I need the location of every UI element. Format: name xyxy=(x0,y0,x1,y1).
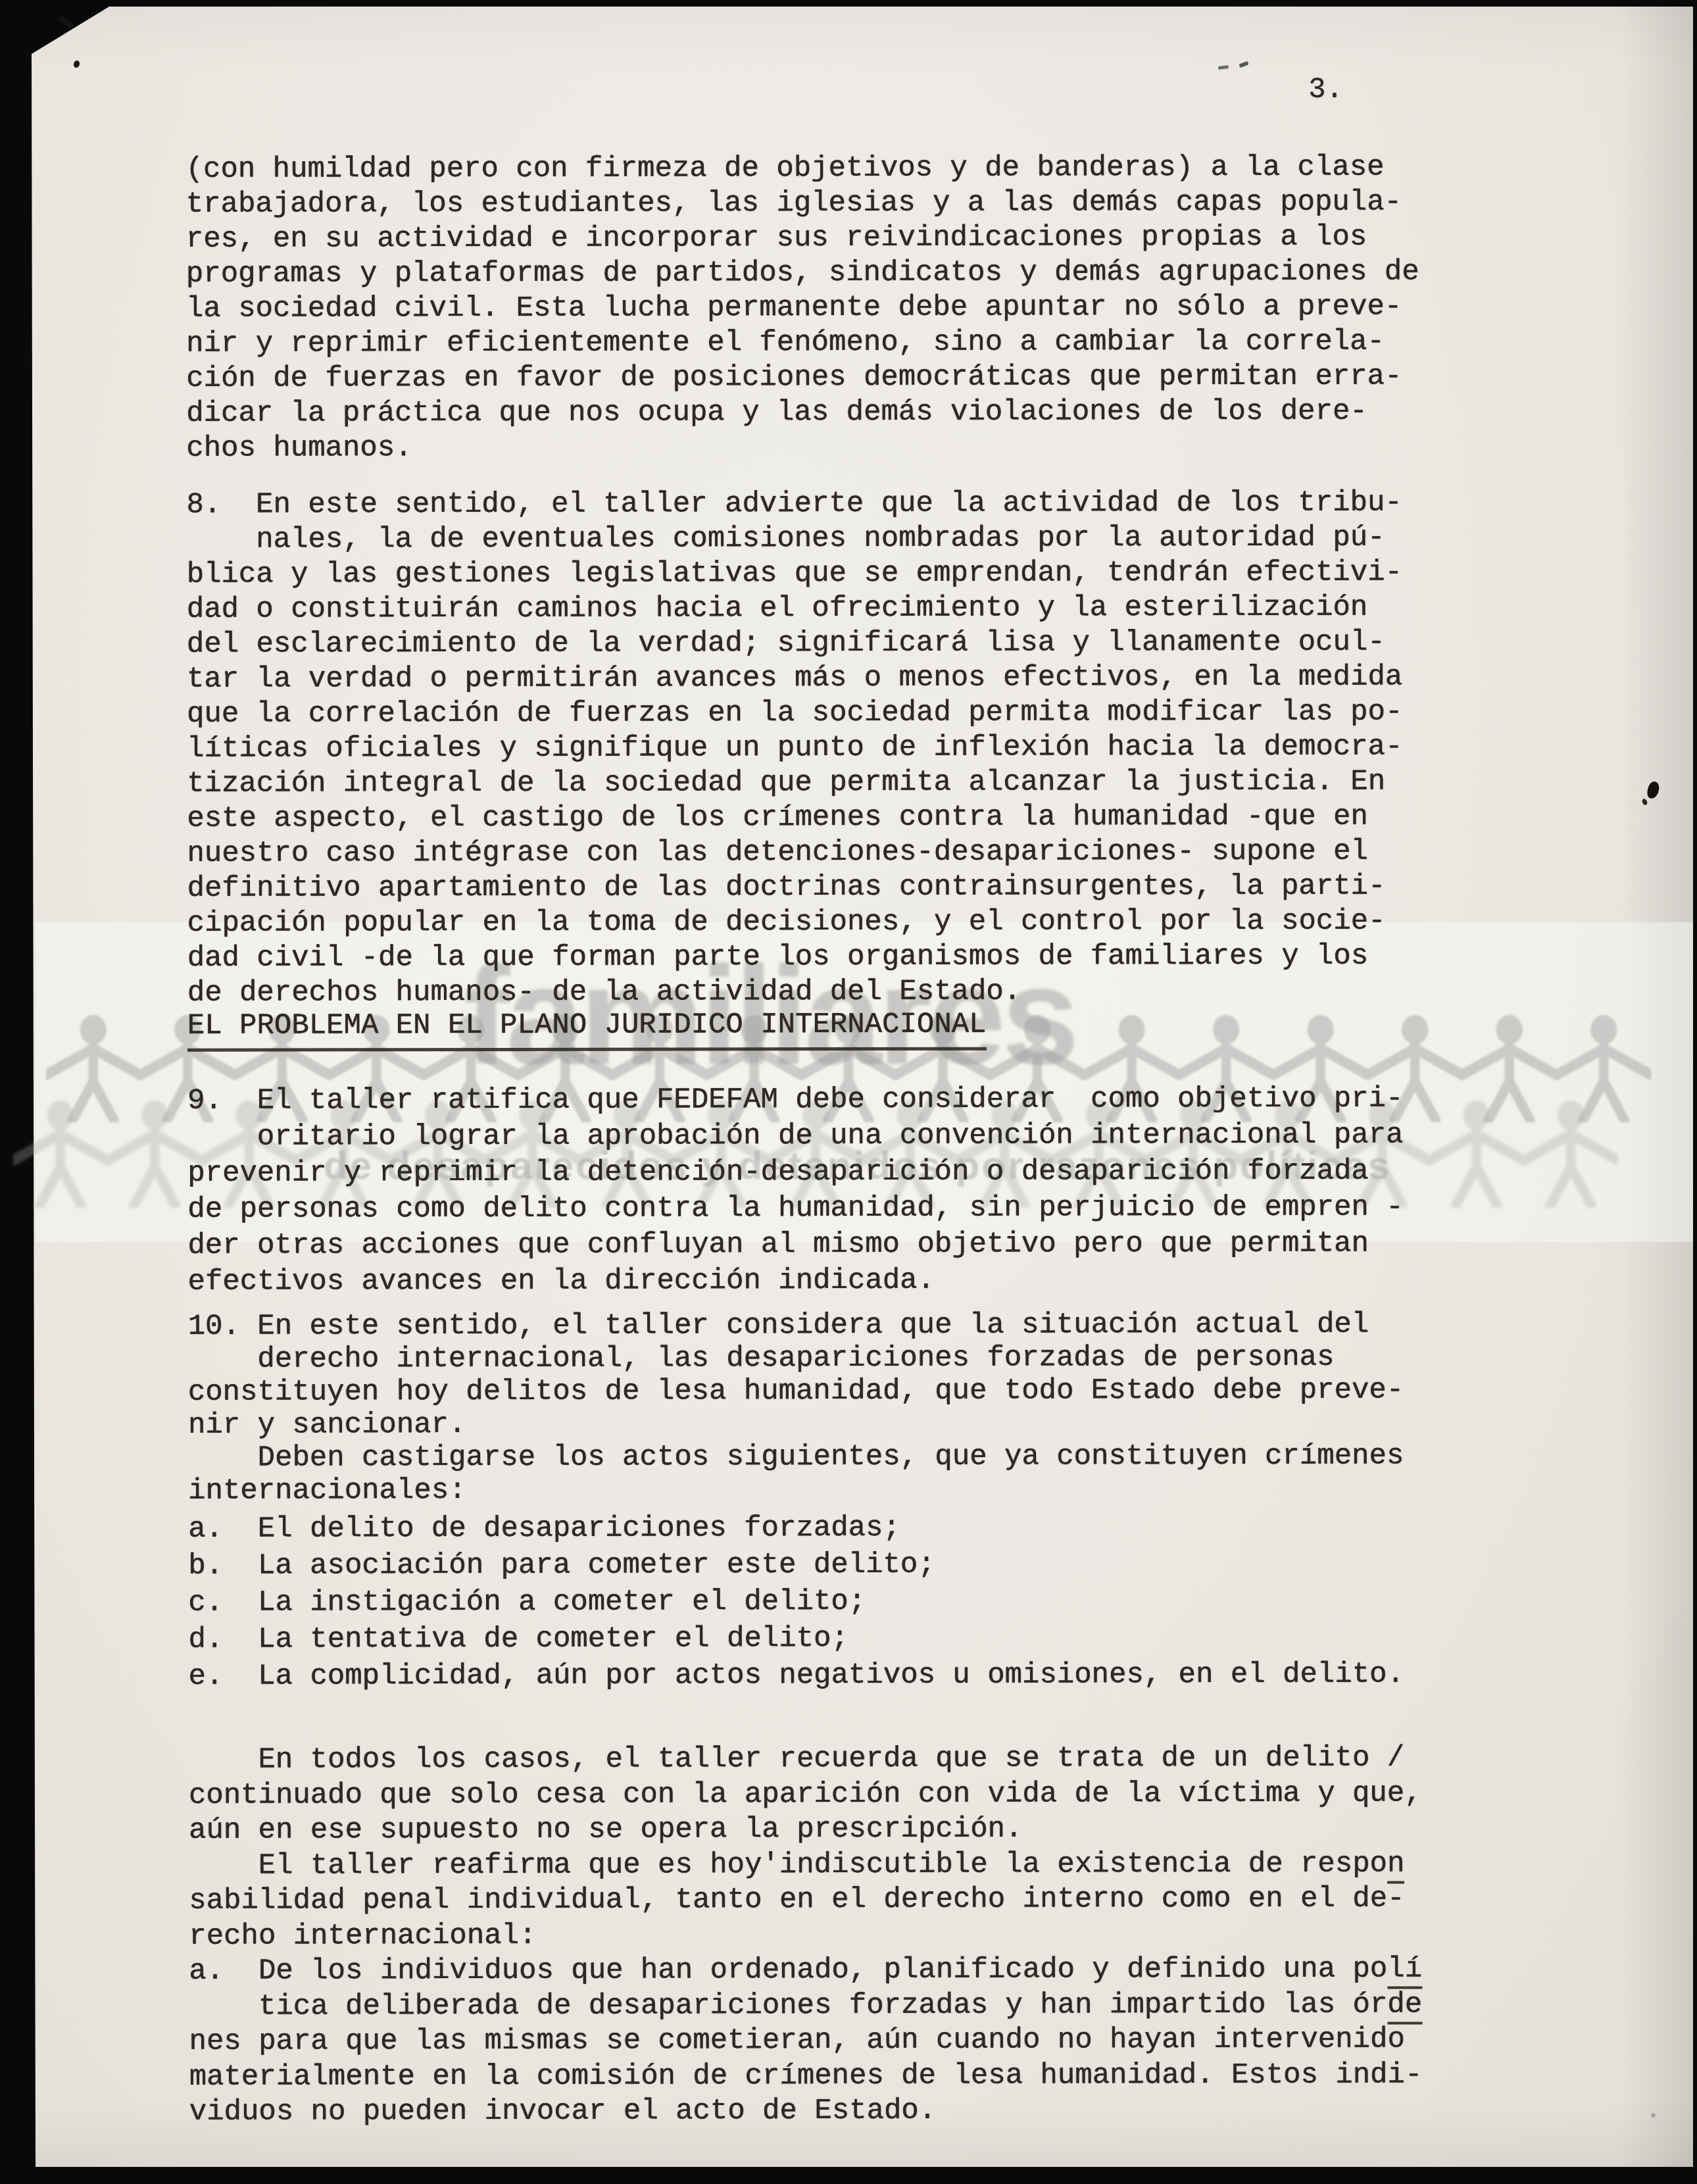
doc-line: nir y reprimir eficientemente el fenómen… xyxy=(186,324,1419,361)
doc-line: prevenir y reprimir la detención-desapar… xyxy=(187,1154,1403,1192)
block-crimes-list: a. El delito de desapariciones forzadas;… xyxy=(188,1509,1404,1695)
doc-line: tar la verdad o permitirán avances más o… xyxy=(187,660,1402,697)
doc-line: EL PROBLEMA EN EL PLANO JURIDICO INTERNA… xyxy=(187,1008,987,1052)
doc-line: ción de fuerzas en favor de posiciones d… xyxy=(186,359,1419,396)
doc-line: En todos los casos, el taller recuerda q… xyxy=(189,1741,1422,1778)
doc-line: dad o constituirán caminos hacia el ofre… xyxy=(187,591,1402,628)
ink-speck xyxy=(1651,2113,1656,2118)
doc-line: de derechos humanos- de la actividad del… xyxy=(187,974,1403,1011)
doc-line: 10. En este sentido, el taller considera… xyxy=(188,1308,1404,1343)
doc-line: c. La instigación a cometer el delito; xyxy=(188,1583,1404,1622)
doc-line: aún en ese supuesto no se opera la presc… xyxy=(189,1811,1422,1849)
doc-line: que la correlación de fuerzas en la soci… xyxy=(187,695,1402,732)
doc-line: tica deliberada de desapariciones forzad… xyxy=(189,1987,1422,2025)
doc-line: dad civil -de la que forman parte los or… xyxy=(187,939,1403,976)
doc-line: cipación popular en la toma de decisione… xyxy=(187,905,1403,941)
doc-line: materialmente en la comisión de crímenes… xyxy=(189,2058,1423,2095)
doc-line: 9. El taller ratifica que FEDEFAM debe c… xyxy=(187,1081,1403,1120)
doc-line: efectivos avances en la dirección indica… xyxy=(187,1262,1403,1301)
doc-line: a. El delito de desapariciones forzadas; xyxy=(188,1509,1404,1548)
doc-line: (con humildad pero con firmeza de objeti… xyxy=(186,150,1419,187)
document-text: (con humildad pero con firmeza de objeti… xyxy=(185,0,1636,2184)
doc-line: derecho internacional, las desaparicione… xyxy=(188,1341,1404,1376)
block-para-10: 10. En este sentido, el taller considera… xyxy=(188,1308,1404,1508)
doc-line: recho internacional: xyxy=(189,1917,1422,1954)
doc-line: El taller reafirma que es hoy'indiscutib… xyxy=(189,1847,1422,1884)
doc-line: d. La tentativa de cometer el delito; xyxy=(188,1620,1404,1658)
doc-line: blica y las gestiones legislativas que s… xyxy=(187,556,1402,593)
doc-line: tización integral de la sociedad que per… xyxy=(187,765,1402,802)
block-para-8: 8. En este sentido, el taller advierte q… xyxy=(186,486,1403,1011)
doc-line: de personas como delito contra la humani… xyxy=(187,1190,1403,1228)
block-intro: (con humildad pero con firmeza de objeti… xyxy=(186,150,1420,466)
doc-line: 8. En este sentido, el taller advierte q… xyxy=(186,486,1402,523)
doc-line: programas y plataformas de partidos, sin… xyxy=(186,255,1419,291)
doc-line: chos humanos. xyxy=(186,429,1419,466)
doc-line: viduos no pueden invocar el acto de Esta… xyxy=(189,2093,1423,2130)
doc-line: nales, la de eventuales comisiones nombr… xyxy=(186,521,1402,558)
doc-line: Deben castigarse los actos siguientes, q… xyxy=(188,1440,1404,1475)
doc-line: líticas oficiales y signifique un punto … xyxy=(187,730,1402,767)
doc-line: e. La complicidad, aún por actos negativ… xyxy=(189,1656,1404,1695)
block-para-9: 9. El taller ratifica que FEDEFAM debe c… xyxy=(187,1081,1404,1301)
doc-line: sabilidad penal individual, tanto en el … xyxy=(189,1881,1422,1919)
doc-line: este aspecto, el castigo de los crímenes… xyxy=(187,800,1402,837)
doc-line: b. La asociación para cometer este delit… xyxy=(188,1546,1404,1585)
doc-line: dicar la práctica que nos ocupa y las de… xyxy=(186,394,1419,431)
doc-line: la sociedad civil. Esta lucha permanente… xyxy=(186,289,1419,326)
doc-line: res, en su actividad e incorporar sus re… xyxy=(186,220,1419,257)
doc-line: a. De los individuos que han ordenado, p… xyxy=(189,1952,1422,1989)
doc-line: trabajadora, los estudiantes, las iglesi… xyxy=(186,185,1419,222)
doc-line: internacionales: xyxy=(188,1473,1404,1508)
block-section-heading: EL PROBLEMA EN EL PLANO JURIDICO INTERNA… xyxy=(187,1008,987,1052)
doc-line: der otras acciones que confluyan al mism… xyxy=(187,1226,1403,1264)
typewritten-layer: 3. (con humildad pero con firmeza de obj… xyxy=(0,0,1697,2184)
doc-line: del esclarecimiento de la verdad; signif… xyxy=(187,626,1402,662)
scanned-document-page: { "page": { "number": "3." }, "watermark… xyxy=(0,0,1697,2184)
block-closing: En todos los casos, el taller recuerda q… xyxy=(189,1741,1423,2130)
doc-line: nes para que las mismas se cometieran, a… xyxy=(189,2022,1422,2060)
doc-line: constituyen hoy delitos de lesa humanida… xyxy=(188,1374,1404,1409)
doc-line: continuado que solo cesa con la aparició… xyxy=(189,1776,1422,1814)
doc-line: definitivo apartamiento de las doctrinas… xyxy=(187,870,1402,906)
doc-line: nuestro caso intégrase con las detencion… xyxy=(187,835,1402,872)
doc-line: nir y sancionar. xyxy=(188,1407,1404,1442)
doc-line: oritario lograr la aprobación de una con… xyxy=(187,1118,1403,1156)
